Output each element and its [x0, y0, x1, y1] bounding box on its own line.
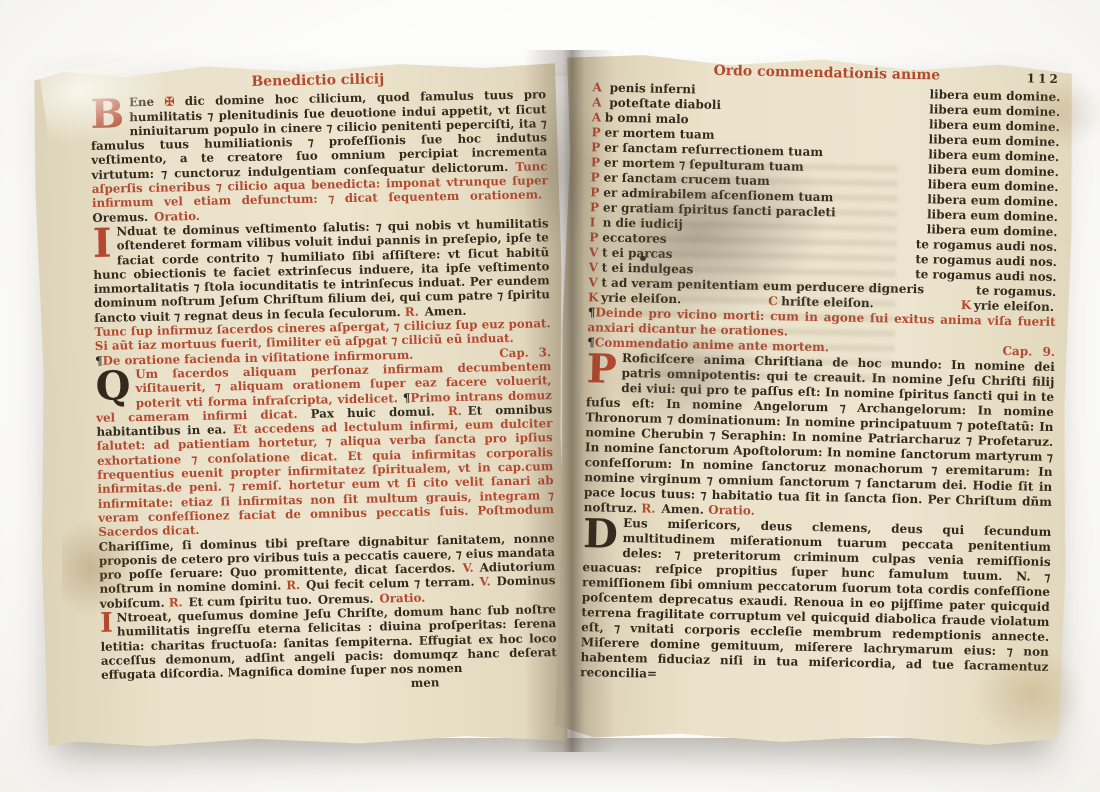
- initial-letter: P: [590, 200, 603, 215]
- petition-text: eccatores: [602, 231, 667, 246]
- paragraph: BEne ✠ dic domine hoc cilicium, quod fam…: [90, 88, 548, 225]
- text-run: V.: [462, 561, 479, 575]
- initial-letter: K: [588, 290, 601, 305]
- text-run: ✠: [164, 94, 185, 108]
- initial-letter: I: [590, 215, 603, 230]
- response: te rogamus audi nos.: [915, 267, 1057, 285]
- petition-text: poteſtate diaboli: [605, 96, 721, 112]
- left-page: Benedictio cilicij BEne ✠ dic domine hoc…: [31, 57, 570, 751]
- initial-letter: P: [591, 155, 604, 170]
- text-run: Amen.: [661, 502, 708, 517]
- paragraph: QUm ſacerdos aliquam perſonaz infirmam d…: [95, 359, 554, 539]
- paragraph: Chariſſime, ſi dominus tibi preſtare dig…: [99, 531, 556, 611]
- initial-letter: P: [590, 185, 603, 200]
- text-run: V.: [479, 575, 496, 589]
- initial-letter: V: [588, 275, 601, 290]
- paragraph: PRoficiſcere anima Chriſtiana de hoc mun…: [584, 350, 1055, 525]
- left-page-content: Benedictio cilicij BEne ✠ dic domine hoc…: [90, 69, 558, 696]
- petition-text: n die iudicij: [603, 216, 683, 232]
- petition-text: t ei parcas: [602, 246, 673, 261]
- right-page-content: Ordo commendationis anime 112 A penis in…: [580, 61, 1061, 690]
- initial-letter: A: [592, 110, 605, 125]
- text-run: R.: [169, 595, 189, 609]
- text-run: R.: [448, 404, 468, 418]
- text-run: Amen.: [425, 304, 467, 319]
- drop-cap: D: [583, 515, 623, 551]
- text-run: R.: [286, 578, 306, 592]
- chapter-number: Cap. 9.: [1002, 344, 1055, 360]
- initial-letter: P: [589, 230, 602, 245]
- left-page-text: BEne ✠ dic domine hoc cilicium, quod fam…: [90, 88, 557, 683]
- initial-letter: P: [591, 140, 604, 155]
- text-run: R.: [405, 304, 425, 318]
- petition-text: er mortem tuam: [604, 126, 714, 142]
- initial-letter: V: [589, 245, 602, 260]
- text-run: Ntroeat, queſumus domine Jeſu Chriſte, d…: [100, 602, 556, 682]
- text-run: Oratio.: [708, 503, 755, 518]
- paragraph: DEus miſericors, deus clemens, deus qui …: [580, 515, 1051, 690]
- petition: Vt ei parcas: [589, 245, 673, 262]
- kyrie-text: yrie eleiſon.: [601, 290, 681, 306]
- petition: Peccatores: [589, 230, 667, 247]
- text-run: Oratio.: [379, 590, 425, 605]
- text-run: Roficiſcere anima Chriſtiana de hoc mund…: [584, 351, 1055, 515]
- paragraph: INduat te dominus veſtimento ſalutis: ⁊ …: [93, 216, 551, 325]
- right-page-text: ¶Deinde pro vicino morti: cum in agone ſ…: [580, 305, 1056, 690]
- initial-letter: P: [591, 125, 604, 140]
- book-spread: Benedictio cilicij BEne ✠ dic domine hoc…: [36, 50, 1070, 752]
- initial-letter: P: [590, 170, 603, 185]
- drop-cap: B: [90, 96, 129, 132]
- text-run: Qui fecit celum ⁊ terram.: [306, 575, 480, 592]
- right-page: Ordo commendationis anime 112 A penis in…: [553, 51, 1077, 750]
- response: te rogamus.: [976, 283, 1056, 300]
- petition-text: penis inferni: [605, 81, 695, 97]
- text-run: Ene: [129, 95, 165, 110]
- text-run: Oratio.: [154, 209, 200, 224]
- initial-letter: V: [589, 260, 602, 275]
- text-run: Eus miſericors, deus clemens, deus qui ſ…: [580, 516, 1051, 681]
- text-run: R.: [641, 501, 661, 515]
- initial-letter: C: [768, 294, 781, 309]
- kyrie-text: hriſte eleiſon.: [781, 294, 874, 310]
- text-run: Nduat te dominus veſtimento ſalutis: ⁊ q…: [93, 216, 550, 325]
- initial-letter: A: [592, 95, 605, 110]
- petition-text: t ei indulgeas: [602, 261, 694, 277]
- initial-letter: K: [961, 298, 974, 313]
- right-page-header: Ordo commendationis anime: [713, 63, 940, 84]
- drop-cap: I: [100, 611, 117, 635]
- drop-cap: P: [586, 350, 622, 386]
- paragraph: INtroeat, queſumus domine Jeſu Chriſte, …: [100, 602, 557, 682]
- litany: A penis infernilibera eum domine.A poteſ…: [588, 80, 1060, 300]
- kyrie-text: yrie eleiſon.: [974, 298, 1054, 314]
- chapter-number: Cap. 3.: [499, 345, 551, 360]
- drop-cap: Q: [95, 367, 136, 403]
- petition-text: b omni malo: [605, 111, 689, 127]
- initial-letter: A: [592, 80, 605, 95]
- drop-cap: I: [93, 224, 117, 259]
- page-number: 112: [1027, 71, 1061, 87]
